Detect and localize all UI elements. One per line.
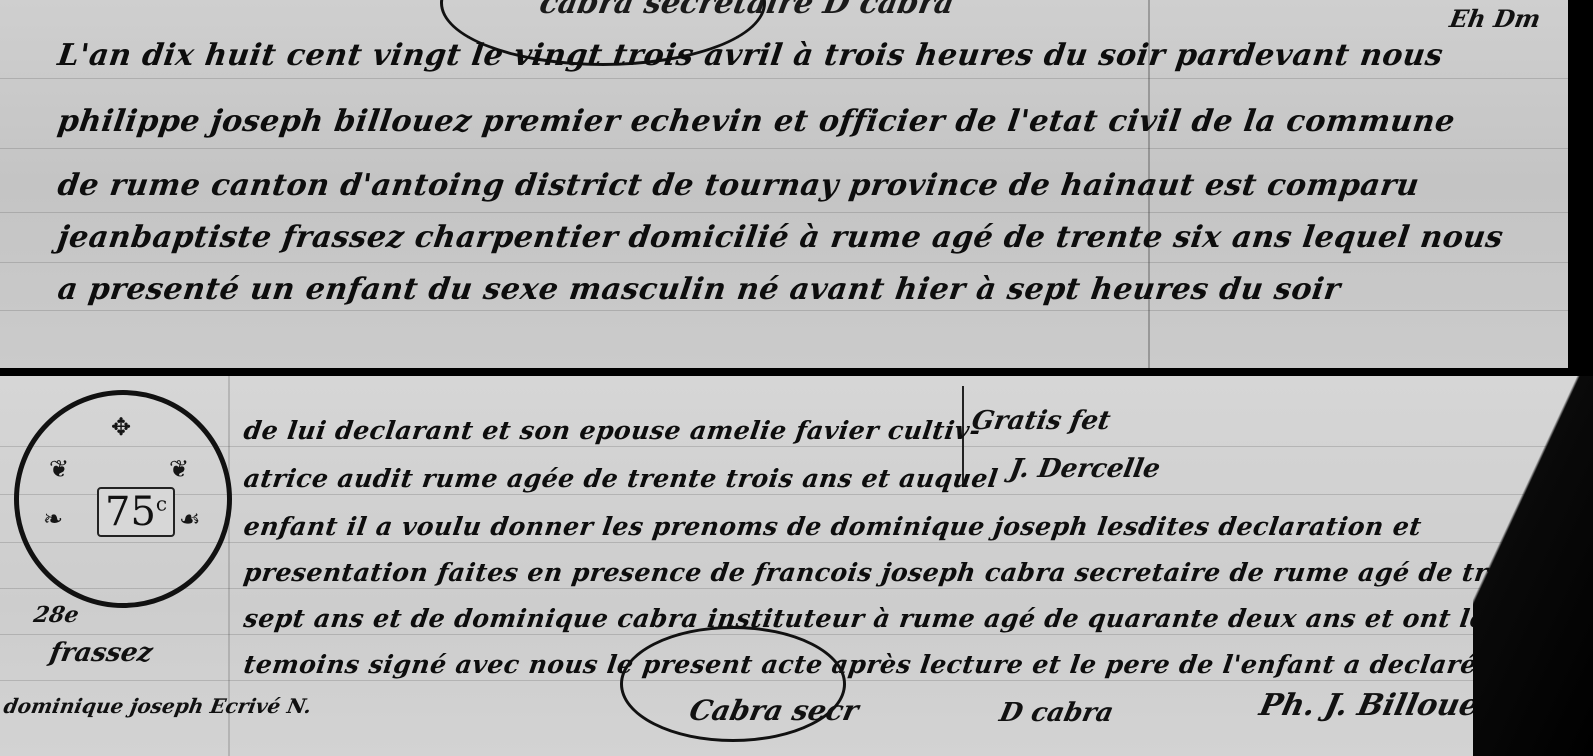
text-line-5: a presenté un enfant du sexe masculin né… (56, 272, 1343, 307)
ruled-line (0, 446, 1593, 447)
ruled-line (0, 542, 1593, 543)
document-page-top: cabra secretaire D cabra Eh Dm L'an dix … (0, 0, 1568, 368)
corner-note: Eh Dm (1447, 4, 1542, 33)
text-line-10: sept ans et de dominique cabra institute… (242, 604, 1503, 633)
ruled-line (0, 78, 1568, 79)
margin-surname: frassez (47, 638, 155, 668)
text-line-3: de rume canton d'antoing district de tou… (56, 168, 1422, 203)
text-line-4: jeanbaptiste frassez charpentier domicil… (56, 220, 1506, 255)
signature-d-cabra: D cabra (997, 698, 1116, 728)
side-note-gratis: Gratis fet (969, 406, 1112, 436)
page-edge-shadow (1473, 376, 1593, 756)
laurel-right-icon: ☙ (179, 505, 201, 533)
side-note-signature: J. Dercelle (1007, 454, 1162, 484)
document-page-bottom: ❦ ❧ ❦ ☙ ✥ 75c 28e frassez dominique jose… (0, 376, 1593, 756)
text-line-7: atrice audit rume agée de trente trois a… (242, 464, 1000, 493)
ruled-line (0, 494, 1593, 495)
ruled-line (0, 588, 1593, 589)
ruled-line (0, 212, 1568, 213)
crown-icon: ✥ (111, 413, 131, 441)
text-line-9: presentation faites en presence de franc… (242, 558, 1554, 587)
entry-number: 28e (32, 602, 81, 628)
margin-given-names: dominique joseph Ecrivé N. (2, 694, 314, 718)
text-line-1: L'an dix huit cent vingt le vingt trois … (56, 38, 1446, 73)
ruled-line (0, 310, 1568, 311)
tax-stamp: ❦ ❧ ❦ ☙ ✥ 75c (14, 390, 232, 608)
laurel-left-icon: ❧ (43, 505, 63, 533)
signature-billouez: Ph. J. Billouez (1256, 688, 1499, 723)
laurel-left-icon: ❦ (49, 455, 69, 483)
text-line-8: enfant il a voulu donner les prenoms de … (242, 512, 1424, 541)
ruled-line (0, 634, 1593, 635)
stamp-value: 75c (97, 487, 175, 537)
text-line-2: philippe joseph billouez premier echevin… (56, 104, 1458, 139)
text-line-6: de lui declarant et son epouse amelie fa… (242, 416, 983, 445)
laurel-right-icon: ❦ (169, 455, 189, 483)
text-line-11: temoins signé avec nous le present acte … (242, 650, 1593, 679)
ruled-line (0, 262, 1568, 263)
signature-cabra-secretaire: Cabra secr (686, 694, 861, 727)
ruled-line (0, 148, 1568, 149)
